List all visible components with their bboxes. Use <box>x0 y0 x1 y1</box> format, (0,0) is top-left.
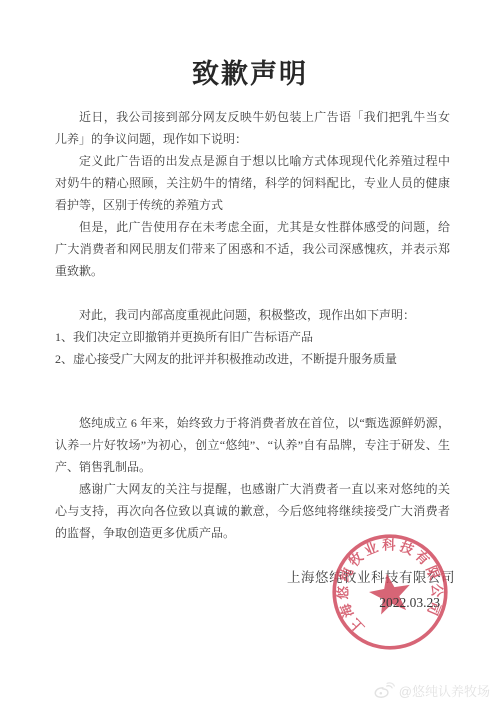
paragraph-intro: 近日，我公司接到部分网友反映牛奶包装上广告语「我们把乳牛当女儿养」的争议问题，现… <box>55 106 450 150</box>
seal-group: 上海悠纯牧业科技有限公司 <box>328 530 452 654</box>
statement-date: 2022.03.23 <box>379 595 440 611</box>
company-seal: 上海悠纯牧业科技有限公司 <box>328 530 452 654</box>
statement-title: 致歉声明 <box>0 52 500 91</box>
declaration-item-2: 2、虚心接受广大网友的批评并积极推动改进，不断提升服务质量 <box>55 348 450 370</box>
paragraph-declaration: 对此，我司内部高度重视此问题，积极整改，现作出如下声明： <box>55 304 450 326</box>
statement-body: 近日，我公司接到部分网友反映牛奶包装上广告语「我们把乳牛当女儿养」的争议问题，现… <box>55 106 450 544</box>
declaration-item-1: 1、我们决定立即撤销并更换所有旧广告标语产品 <box>55 326 450 348</box>
paragraph-explanation: 定义此广告语的出发点是源自于想以比喻方式体现现代化养殖过程中对奶牛的精心照顾，关… <box>55 150 450 216</box>
apology-statement-page: 致歉声明 近日，我公司接到部分网友反映牛奶包装上广告语「我们把乳牛当女儿养」的争… <box>0 0 500 707</box>
paragraph-company-intro: 悠纯成立 6 年来，始终致力于将消费者放在首位，以“甄选源鲜奶源，认养一片好牧场… <box>55 412 450 478</box>
weibo-logo-icon <box>373 682 395 700</box>
watermark-text: @悠纯认养牧场 <box>399 681 490 700</box>
weibo-watermark: @悠纯认养牧场 <box>373 681 490 700</box>
paragraph-apology: 但是，此广告使用存在未考虑全面，尤其是女性群体感受的问题，给广大消费者和网民朋友… <box>55 216 450 282</box>
